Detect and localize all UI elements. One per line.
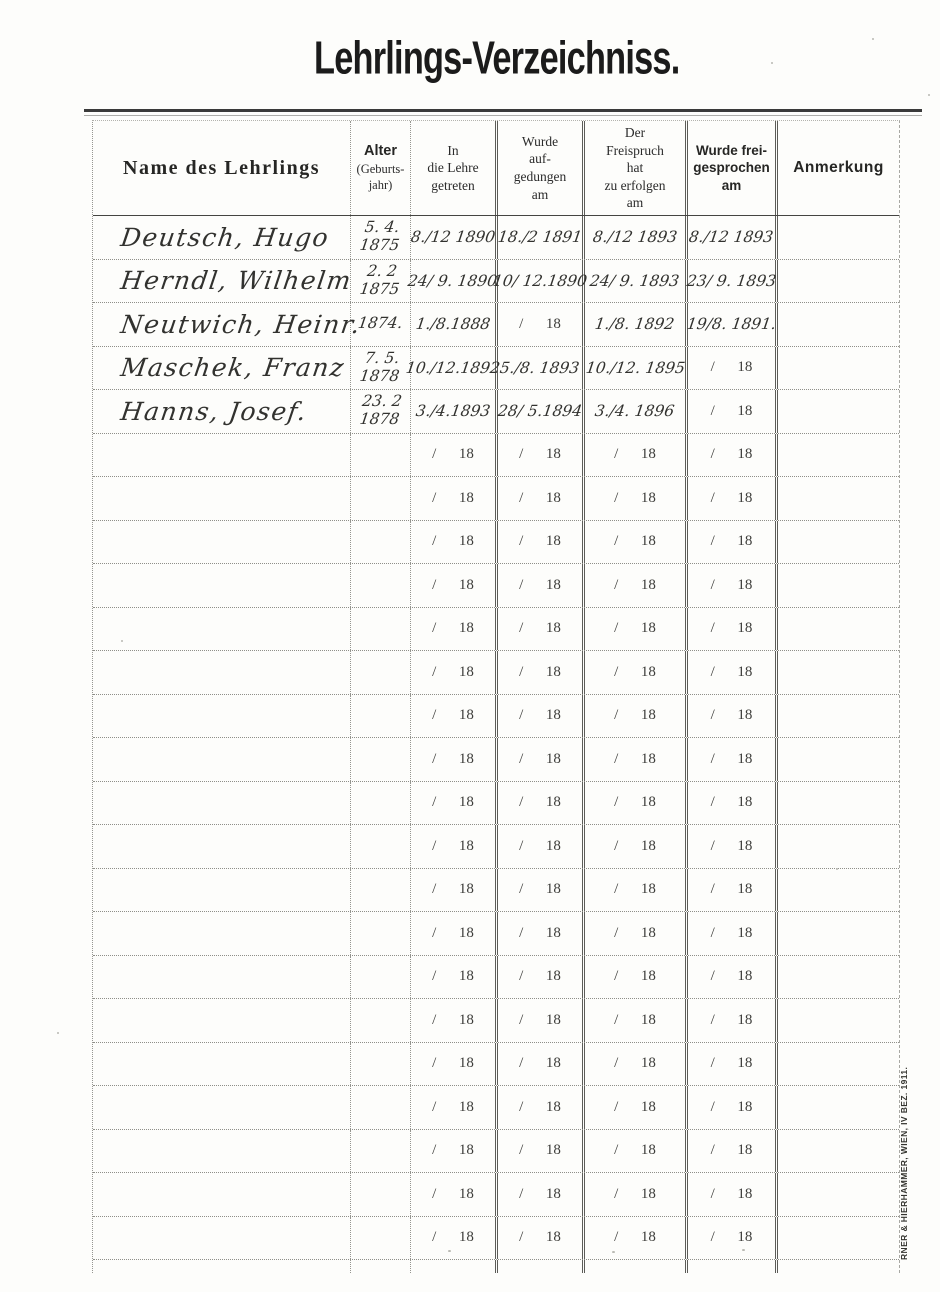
handwritten-entry: Hanns, Josef. bbox=[119, 397, 309, 426]
cell-aufgedungen: / 18 bbox=[495, 477, 582, 520]
cell-freigesprochen: / 18 bbox=[685, 347, 775, 390]
handwritten-entry: 19/8. 1891. bbox=[686, 315, 778, 333]
cell-freispruch: / 18 bbox=[582, 1086, 685, 1129]
preprinted-date-stub: / 18 bbox=[614, 1229, 656, 1246]
table-row: / 18/ 18/ 18/ 18 bbox=[93, 738, 899, 782]
cell-aufgedungen: / 18 bbox=[495, 434, 582, 477]
handwritten-entry: 24/ 9. 1890 bbox=[407, 272, 499, 290]
cell-aufgedungen: / 18 bbox=[495, 1086, 582, 1129]
preprinted-date-stub: / 18 bbox=[614, 838, 656, 855]
cell-freispruch: 3./4. 1896 bbox=[582, 390, 685, 433]
handwritten-entry: 1./8.1888 bbox=[415, 315, 492, 333]
cell-freispruch: / 18 bbox=[582, 782, 685, 825]
cell-anmerkung bbox=[775, 782, 899, 825]
cell-aufgedungen: / 18 bbox=[495, 956, 582, 999]
cell-freigesprochen: / 18 bbox=[685, 1173, 775, 1216]
cell-alter bbox=[350, 1086, 410, 1129]
cell-freigesprochen: / 18 bbox=[685, 521, 775, 564]
cell-freispruch: 24/ 9. 1893 bbox=[582, 260, 685, 303]
cell-alter bbox=[350, 738, 410, 781]
handwritten-entry: Herndl, Wilhelm bbox=[119, 266, 354, 295]
preprinted-date-stub: / 18 bbox=[519, 925, 561, 942]
cell-freispruch: / 18 bbox=[582, 912, 685, 955]
cell-freispruch: / 18 bbox=[582, 956, 685, 999]
cell-anmerkung bbox=[775, 477, 899, 520]
preprinted-date-stub: / 18 bbox=[614, 620, 656, 637]
cell-freispruch: / 18 bbox=[582, 869, 685, 912]
cell-freispruch: 10./12. 1895 bbox=[582, 347, 685, 390]
cell-alter bbox=[350, 869, 410, 912]
handwritten-entry: 10./12. 1895 bbox=[584, 359, 685, 377]
cell-freigesprochen: / 18 bbox=[685, 477, 775, 520]
handwritten-entry: 10/ 12.1890 bbox=[492, 272, 588, 290]
column-label-freigesprochen: Wurde frei- gesprochen am bbox=[693, 142, 770, 195]
scan-speckle bbox=[742, 1249, 745, 1251]
cell-eintritt: / 18 bbox=[410, 651, 495, 694]
cell-freigesprochen: / 18 bbox=[685, 1086, 775, 1129]
cell-aufgedungen: / 18 bbox=[495, 1217, 582, 1260]
handwritten-entry: 8./12 1890 bbox=[410, 228, 497, 246]
cell-name bbox=[93, 1043, 350, 1086]
table-row: Maschek, Franz7. 5. 187810./12.18925./8.… bbox=[93, 347, 899, 391]
preprinted-date-stub: / 18 bbox=[711, 490, 753, 507]
preprinted-date-stub: / 18 bbox=[614, 490, 656, 507]
cell-anmerkung bbox=[775, 651, 899, 694]
cell-alter: 5. 4. 1875 bbox=[350, 216, 410, 259]
cell-freigesprochen: / 18 bbox=[685, 1217, 775, 1260]
cell-alter bbox=[350, 999, 410, 1042]
table-body: Deutsch, Hugo5. 4. 18758./12 189018./2 1… bbox=[93, 216, 899, 1273]
cell-freigesprochen: 19/8. 1891. bbox=[685, 303, 775, 346]
cell-freigesprochen: / 18 bbox=[685, 999, 775, 1042]
handwritten-entry: 23. 2 1878 bbox=[358, 393, 402, 429]
scan-speckle bbox=[448, 1250, 451, 1252]
cell-eintritt: / 18 bbox=[410, 695, 495, 738]
cell-alter: 7. 5. 1878 bbox=[350, 347, 410, 390]
cell-anmerkung bbox=[775, 564, 899, 607]
cell-freispruch: / 18 bbox=[582, 477, 685, 520]
cell-eintritt: / 18 bbox=[410, 608, 495, 651]
cell-name bbox=[93, 1173, 350, 1216]
cell-eintritt: 3./4.1893 bbox=[410, 390, 495, 433]
cell-name: Hanns, Josef. bbox=[93, 390, 350, 433]
handwritten-entry: 1874. bbox=[357, 315, 404, 333]
table-row: / 18/ 18/ 18/ 18 bbox=[93, 1173, 899, 1217]
cell-freigesprochen: / 18 bbox=[685, 651, 775, 694]
cell-eintritt: / 18 bbox=[410, 999, 495, 1042]
cell-alter bbox=[350, 521, 410, 564]
preprinted-date-stub: / 18 bbox=[711, 577, 753, 594]
cell-freispruch: / 18 bbox=[582, 1043, 685, 1086]
cell-freispruch: / 18 bbox=[582, 651, 685, 694]
preprinted-date-stub: / 18 bbox=[614, 1186, 656, 1203]
cell-alter bbox=[350, 651, 410, 694]
cell-name bbox=[93, 999, 350, 1042]
table-row: Neutwich, Heinr.1874.1./8.1888/ 181./8. … bbox=[93, 303, 899, 347]
preprinted-date-stub: / 18 bbox=[519, 1055, 561, 1072]
handwritten-entry: 10./12.1892 bbox=[405, 359, 501, 377]
cell-eintritt: / 18 bbox=[410, 1173, 495, 1216]
preprinted-date-stub: / 18 bbox=[711, 1229, 753, 1246]
cell-aufgedungen: / 18 bbox=[495, 695, 582, 738]
cell-freigesprochen: / 18 bbox=[685, 912, 775, 955]
table-partial-row bbox=[93, 1260, 899, 1273]
preprinted-date-stub: / 18 bbox=[614, 1142, 656, 1159]
header-cell-anmerkung: Anmerkung bbox=[775, 121, 899, 215]
cell-name bbox=[93, 695, 350, 738]
cell-anmerkung bbox=[775, 738, 899, 781]
preprinted-date-stub: / 18 bbox=[711, 707, 753, 724]
cell-aufgedungen: / 18 bbox=[495, 912, 582, 955]
cell-anmerkung bbox=[775, 303, 899, 346]
cell-eintritt: / 18 bbox=[410, 1217, 495, 1260]
cell-aufgedungen: / 18 bbox=[495, 782, 582, 825]
cell-aufgedungen: / 18 bbox=[495, 303, 582, 346]
preprinted-date-stub: / 18 bbox=[519, 533, 561, 550]
cell-anmerkung bbox=[775, 956, 899, 999]
preprinted-date-stub: / 18 bbox=[711, 794, 753, 811]
preprinted-date-stub: / 18 bbox=[614, 1055, 656, 1072]
table-row: / 18/ 18/ 18/ 18 bbox=[93, 521, 899, 565]
cell-freigesprochen: / 18 bbox=[685, 738, 775, 781]
table-row: / 18/ 18/ 18/ 18 bbox=[93, 477, 899, 521]
preprinted-date-stub: / 18 bbox=[519, 620, 561, 637]
cell-alter bbox=[350, 608, 410, 651]
cell-anmerkung bbox=[775, 1086, 899, 1129]
cell-anmerkung bbox=[775, 869, 899, 912]
cell-aufgedungen: / 18 bbox=[495, 564, 582, 607]
table-row: Hanns, Josef.23. 2 18783./4.189328/ 5.18… bbox=[93, 390, 899, 434]
header-cell-eintritt: In die Lehre getreten bbox=[410, 121, 495, 215]
cell-eintritt: / 18 bbox=[410, 738, 495, 781]
cell-freigesprochen: / 18 bbox=[685, 869, 775, 912]
cell-anmerkung bbox=[775, 1130, 899, 1173]
cell-name bbox=[93, 825, 350, 868]
top-double-rule bbox=[84, 109, 922, 117]
handwritten-entry: 7. 5. 1878 bbox=[358, 350, 402, 386]
cell-eintritt: / 18 bbox=[410, 477, 495, 520]
cell-name bbox=[93, 434, 350, 477]
preprinted-date-stub: / 18 bbox=[711, 620, 753, 637]
preprinted-date-stub: / 18 bbox=[519, 664, 561, 681]
cell-aufgedungen bbox=[495, 1260, 582, 1273]
preprinted-date-stub: / 18 bbox=[614, 925, 656, 942]
handwritten-entry: 5./8. 1893 bbox=[499, 359, 581, 377]
cell-name bbox=[93, 564, 350, 607]
preprinted-date-stub: / 18 bbox=[711, 359, 753, 376]
cell-eintritt: / 18 bbox=[410, 782, 495, 825]
cell-name bbox=[93, 956, 350, 999]
table-row: / 18/ 18/ 18/ 18 bbox=[93, 1130, 899, 1174]
preprinted-date-stub: / 18 bbox=[432, 620, 474, 637]
handwritten-entry: 24/ 9. 1893 bbox=[589, 272, 681, 290]
preprinted-date-stub: / 18 bbox=[519, 968, 561, 985]
preprinted-date-stub: / 18 bbox=[432, 751, 474, 768]
table-row: / 18/ 18/ 18/ 18 bbox=[93, 869, 899, 913]
preprinted-date-stub: / 18 bbox=[711, 925, 753, 942]
scan-speckle bbox=[57, 1032, 59, 1034]
cell-freispruch: / 18 bbox=[582, 608, 685, 651]
preprinted-date-stub: / 18 bbox=[519, 1229, 561, 1246]
cell-freigesprochen: / 18 bbox=[685, 608, 775, 651]
preprinted-date-stub: / 18 bbox=[614, 707, 656, 724]
preprinted-date-stub: / 18 bbox=[711, 881, 753, 898]
cell-freispruch: / 18 bbox=[582, 738, 685, 781]
cell-freispruch: / 18 bbox=[582, 434, 685, 477]
preprinted-date-stub: / 18 bbox=[614, 533, 656, 550]
cell-anmerkung bbox=[775, 825, 899, 868]
cell-name bbox=[93, 782, 350, 825]
cell-name: Neutwich, Heinr. bbox=[93, 303, 350, 346]
cell-name bbox=[93, 521, 350, 564]
preprinted-date-stub: / 18 bbox=[711, 403, 753, 420]
cell-anmerkung bbox=[775, 912, 899, 955]
cell-freigesprochen bbox=[685, 1260, 775, 1273]
cell-freigesprochen: / 18 bbox=[685, 825, 775, 868]
cell-aufgedungen: / 18 bbox=[495, 1043, 582, 1086]
cell-alter bbox=[350, 1217, 410, 1260]
cell-name: Deutsch, Hugo bbox=[93, 216, 350, 259]
scan-speckle bbox=[612, 1251, 615, 1253]
table-header-row: Name des Lehrlings Alter (Geburts- jahr)… bbox=[93, 121, 899, 216]
cell-freigesprochen: / 18 bbox=[685, 1130, 775, 1173]
cell-anmerkung bbox=[775, 1173, 899, 1216]
handwritten-entry: Deutsch, Hugo bbox=[119, 223, 331, 252]
cell-anmerkung bbox=[775, 1260, 899, 1273]
cell-alter bbox=[350, 1260, 410, 1273]
table-row: / 18/ 18/ 18/ 18 bbox=[93, 651, 899, 695]
cell-anmerkung bbox=[775, 390, 899, 433]
preprinted-date-stub: / 18 bbox=[432, 1099, 474, 1116]
preprinted-date-stub: / 18 bbox=[432, 446, 474, 463]
preprinted-date-stub: / 18 bbox=[432, 577, 474, 594]
cell-freigesprochen: / 18 bbox=[685, 434, 775, 477]
column-label-anmerkung: Anmerkung bbox=[793, 158, 884, 178]
cell-anmerkung bbox=[775, 521, 899, 564]
cell-aufgedungen: / 18 bbox=[495, 738, 582, 781]
table-row: Herndl, Wilhelm2. 2 187524/ 9. 189010/ 1… bbox=[93, 260, 899, 304]
preprinted-date-stub: / 18 bbox=[711, 1055, 753, 1072]
cell-freigesprochen: / 18 bbox=[685, 695, 775, 738]
cell-eintritt bbox=[410, 1260, 495, 1273]
cell-eintritt: / 18 bbox=[410, 869, 495, 912]
cell-alter bbox=[350, 1173, 410, 1216]
column-label-alter-sub: (Geburts- jahr) bbox=[357, 161, 405, 194]
cell-anmerkung bbox=[775, 1217, 899, 1260]
preprinted-date-stub: / 18 bbox=[614, 968, 656, 985]
cell-anmerkung bbox=[775, 608, 899, 651]
preprinted-date-stub: / 18 bbox=[432, 1229, 474, 1246]
cell-freispruch: / 18 bbox=[582, 1130, 685, 1173]
header-cell-name: Name des Lehrlings bbox=[93, 121, 350, 215]
preprinted-date-stub: / 18 bbox=[519, 1142, 561, 1159]
preprinted-date-stub: / 18 bbox=[614, 1012, 656, 1029]
table-row: Deutsch, Hugo5. 4. 18758./12 189018./2 1… bbox=[93, 216, 899, 260]
preprinted-date-stub: / 18 bbox=[614, 446, 656, 463]
cell-anmerkung bbox=[775, 999, 899, 1042]
cell-name bbox=[93, 1086, 350, 1129]
cell-freispruch: / 18 bbox=[582, 695, 685, 738]
cell-alter bbox=[350, 912, 410, 955]
scan-speckle bbox=[928, 94, 930, 96]
cell-alter: 2. 2 1875 bbox=[350, 260, 410, 303]
cell-eintritt: / 18 bbox=[410, 1086, 495, 1129]
cell-anmerkung bbox=[775, 216, 899, 259]
preprinted-date-stub: / 18 bbox=[519, 446, 561, 463]
preprinted-date-stub: / 18 bbox=[432, 794, 474, 811]
cell-eintritt: / 18 bbox=[410, 956, 495, 999]
table-row: / 18/ 18/ 18/ 18 bbox=[93, 1043, 899, 1087]
table-row: / 18/ 18/ 18/ 18 bbox=[93, 956, 899, 1000]
handwritten-entry: 8./12 1893 bbox=[688, 228, 775, 246]
cell-name bbox=[93, 1217, 350, 1260]
table-row: / 18/ 18/ 18/ 18 bbox=[93, 782, 899, 826]
table-row: / 18/ 18/ 18/ 18 bbox=[93, 825, 899, 869]
preprinted-date-stub: / 18 bbox=[614, 1099, 656, 1116]
cell-alter bbox=[350, 434, 410, 477]
cell-eintritt: / 18 bbox=[410, 1043, 495, 1086]
scan-speckle bbox=[872, 38, 874, 40]
cell-alter: 23. 2 1878 bbox=[350, 390, 410, 433]
handwritten-entry: 5. 4. 1875 bbox=[358, 219, 402, 255]
cell-aufgedungen: / 18 bbox=[495, 999, 582, 1042]
apprentice-register-table: Name des Lehrlings Alter (Geburts- jahr)… bbox=[92, 120, 900, 1273]
preprinted-date-stub: / 18 bbox=[711, 751, 753, 768]
handwritten-entry: 1./8. 1892 bbox=[594, 315, 676, 333]
header-cell-freispruch: Der Freispruch hat zu erfolgen am bbox=[582, 121, 685, 215]
cell-anmerkung bbox=[775, 260, 899, 303]
table-row: / 18/ 18/ 18/ 18 bbox=[93, 1217, 899, 1261]
preprinted-date-stub: / 18 bbox=[711, 533, 753, 550]
cell-aufgedungen: / 18 bbox=[495, 608, 582, 651]
table-row: / 18/ 18/ 18/ 18 bbox=[93, 608, 899, 652]
preprinted-date-stub: / 18 bbox=[432, 881, 474, 898]
cell-eintritt: / 18 bbox=[410, 564, 495, 607]
cell-aufgedungen: / 18 bbox=[495, 825, 582, 868]
cell-aufgedungen: 18./2 1891 bbox=[495, 216, 582, 259]
cell-name: Maschek, Franz bbox=[93, 347, 350, 390]
cell-freispruch: 8./12 1893 bbox=[582, 216, 685, 259]
cell-eintritt: 24/ 9. 1890 bbox=[410, 260, 495, 303]
preprinted-date-stub: / 18 bbox=[519, 881, 561, 898]
preprinted-date-stub: / 18 bbox=[432, 838, 474, 855]
cell-aufgedungen: / 18 bbox=[495, 521, 582, 564]
cell-alter bbox=[350, 564, 410, 607]
cell-freispruch: / 18 bbox=[582, 825, 685, 868]
preprinted-date-stub: / 18 bbox=[614, 881, 656, 898]
cell-name bbox=[93, 1260, 350, 1273]
preprinted-date-stub: / 18 bbox=[519, 490, 561, 507]
cell-eintritt: 10./12.1892 bbox=[410, 347, 495, 390]
cell-aufgedungen: / 18 bbox=[495, 1173, 582, 1216]
cell-alter bbox=[350, 1130, 410, 1173]
cell-name bbox=[93, 912, 350, 955]
preprinted-date-stub: / 18 bbox=[711, 1012, 753, 1029]
cell-eintritt: 8./12 1890 bbox=[410, 216, 495, 259]
preprinted-date-stub: / 18 bbox=[614, 751, 656, 768]
cell-freigesprochen: / 18 bbox=[685, 1043, 775, 1086]
cell-freigesprochen: 23/ 9. 1893 bbox=[685, 260, 775, 303]
header-cell-aufgedungen: Wurde auf- gedungen am bbox=[495, 121, 582, 215]
cell-aufgedungen: 10/ 12.1890 bbox=[495, 260, 582, 303]
cell-freispruch: / 18 bbox=[582, 1217, 685, 1260]
preprinted-date-stub: / 18 bbox=[432, 707, 474, 724]
cell-name bbox=[93, 869, 350, 912]
scan-speckle bbox=[121, 640, 123, 642]
table-row: / 18/ 18/ 18/ 18 bbox=[93, 564, 899, 608]
cell-freigesprochen: / 18 bbox=[685, 782, 775, 825]
preprinted-date-stub: / 18 bbox=[519, 707, 561, 724]
page-title: Lehrlings-Verzeichniss. bbox=[0, 34, 940, 84]
preprinted-date-stub: / 18 bbox=[614, 577, 656, 594]
preprinted-date-stub: / 18 bbox=[711, 1142, 753, 1159]
cell-freispruch: / 18 bbox=[582, 1173, 685, 1216]
preprinted-date-stub: / 18 bbox=[614, 664, 656, 681]
printer-imprint: RNER & HIERHAMMER, WIEN, IV BEZ. 1911. bbox=[899, 1046, 909, 1260]
header-cell-freigesprochen: Wurde frei- gesprochen am bbox=[685, 121, 775, 215]
handwritten-entry: 2. 2 1875 bbox=[358, 263, 402, 299]
cell-alter bbox=[350, 695, 410, 738]
preprinted-date-stub: / 18 bbox=[432, 533, 474, 550]
cell-freispruch: / 18 bbox=[582, 521, 685, 564]
column-label-freispruch: Der Freispruch hat zu erfolgen am bbox=[604, 124, 665, 212]
cell-aufgedungen: / 18 bbox=[495, 1130, 582, 1173]
preprinted-date-stub: / 18 bbox=[432, 925, 474, 942]
cell-aufgedungen: 28/ 5.1894 bbox=[495, 390, 582, 433]
cell-aufgedungen: / 18 bbox=[495, 869, 582, 912]
preprinted-date-stub: / 18 bbox=[711, 1186, 753, 1203]
scanned-register-page: Lehrlings-Verzeichniss. Name des Lehrlin… bbox=[0, 0, 940, 1292]
cell-alter bbox=[350, 825, 410, 868]
preprinted-date-stub: / 18 bbox=[519, 316, 561, 333]
preprinted-date-stub: / 18 bbox=[711, 664, 753, 681]
scan-speckle bbox=[836, 868, 838, 870]
preprinted-date-stub: / 18 bbox=[519, 1186, 561, 1203]
cell-alter bbox=[350, 782, 410, 825]
preprinted-date-stub: / 18 bbox=[519, 577, 561, 594]
cell-anmerkung bbox=[775, 1043, 899, 1086]
column-label-alter: Alter bbox=[364, 142, 397, 161]
preprinted-date-stub: / 18 bbox=[519, 794, 561, 811]
handwritten-entry: 18./2 1891 bbox=[497, 228, 584, 246]
cell-alter bbox=[350, 477, 410, 520]
cell-eintritt: / 18 bbox=[410, 434, 495, 477]
handwritten-entry: 8./12 1893 bbox=[592, 228, 679, 246]
cell-name: Herndl, Wilhelm bbox=[93, 260, 350, 303]
table-row: / 18/ 18/ 18/ 18 bbox=[93, 695, 899, 739]
preprinted-date-stub: / 18 bbox=[614, 794, 656, 811]
preprinted-date-stub: / 18 bbox=[711, 446, 753, 463]
cell-name bbox=[93, 651, 350, 694]
column-label-eintritt: In die Lehre getreten bbox=[427, 142, 478, 195]
cell-alter bbox=[350, 1043, 410, 1086]
preprinted-date-stub: / 18 bbox=[432, 968, 474, 985]
cell-aufgedungen: 5./8. 1893 bbox=[495, 347, 582, 390]
cell-anmerkung bbox=[775, 695, 899, 738]
table-row: / 18/ 18/ 18/ 18 bbox=[93, 999, 899, 1043]
preprinted-date-stub: / 18 bbox=[432, 664, 474, 681]
cell-alter bbox=[350, 956, 410, 999]
preprinted-date-stub: / 18 bbox=[432, 490, 474, 507]
cell-freispruch: / 18 bbox=[582, 564, 685, 607]
preprinted-date-stub: / 18 bbox=[519, 751, 561, 768]
scan-speckle bbox=[771, 62, 773, 64]
cell-name bbox=[93, 608, 350, 651]
handwritten-entry: 3./4. 1896 bbox=[594, 402, 676, 420]
cell-anmerkung bbox=[775, 347, 899, 390]
header-cell-alter: Alter (Geburts- jahr) bbox=[350, 121, 410, 215]
preprinted-date-stub: / 18 bbox=[711, 968, 753, 985]
